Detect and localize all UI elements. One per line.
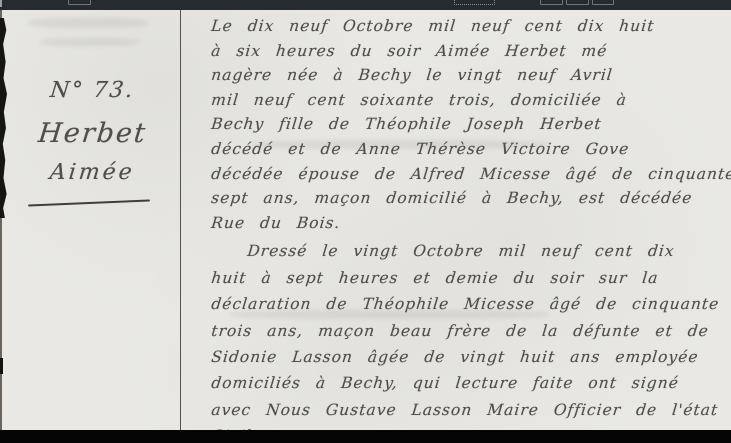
- bottom-letterbox: [0, 430, 731, 443]
- manuscript-line: Sidonie Lasson âgée de vingt huit ans em…: [210, 344, 729, 370]
- toolbar-button[interactable]: [540, 0, 563, 5]
- manuscript-line: mil neuf cent soixante trois, domiciliée…: [210, 88, 729, 113]
- manuscript-line: trois ans, maçon beau frère de la défunt…: [210, 318, 729, 344]
- deceased-given-name: Aimée: [2, 160, 183, 185]
- act-body: Le dix neuf Octobre mil neuf cent dix hu…: [210, 14, 726, 443]
- deceased-surname: Herbet: [2, 118, 183, 149]
- manuscript-line: sept ans, maçon domicilié à Bechy, est d…: [210, 186, 729, 211]
- margin-column: N° 73. Herbet Aimée: [2, 10, 180, 430]
- manuscript-line: nagère née à Bechy le vingt neuf Avril: [210, 63, 729, 88]
- manuscript-line: décédée épouse de Alfred Micesse âgé de …: [210, 162, 729, 187]
- manuscript-line: Le dix neuf Octobre mil neuf cent dix hu…: [210, 14, 729, 39]
- act-paragraph-1: Le dix neuf Octobre mil neuf cent dix hu…: [210, 14, 726, 235]
- toolbar-fragment: [0, 0, 2, 7]
- manuscript-line: avec Nous Gustave Lasson Maire Officier …: [210, 397, 729, 423]
- manuscript-line: domiciliés à Bechy, qui lecture faite on…: [210, 370, 729, 396]
- manuscript-line: Bechy fille de Théophile Joseph Herbet: [210, 112, 729, 137]
- act-number: N° 73.: [2, 78, 183, 103]
- margin-divider-line: [180, 10, 181, 430]
- manuscript-line: huit à sept heures et demie du soir sur …: [210, 265, 729, 291]
- toolbar-button[interactable]: [68, 0, 91, 5]
- toolbar-button[interactable]: [566, 0, 589, 5]
- manuscript-line: à six heures du soir Aimée Herbet mé: [210, 39, 729, 64]
- page-indicator-dotted[interactable]: [454, 0, 495, 5]
- manuscript-line: Rue du Bois.: [210, 211, 729, 236]
- toolbar-button[interactable]: [592, 0, 614, 5]
- manuscript-line: déclaration de Théophile Micesse âgé de …: [210, 291, 729, 317]
- image-viewer: N° 73. Herbet Aimée Le dix neuf Octobre …: [0, 0, 731, 443]
- manuscript-line: décédé et de Anne Thérèse Victoire Gove: [210, 137, 729, 162]
- manuscript-line: Dressé le vingt Octobre mil neuf cent di…: [210, 238, 729, 264]
- viewer-toolbar: [0, 0, 731, 10]
- act-paragraph-2: Dressé le vingt Octobre mil neuf cent di…: [210, 238, 726, 443]
- margin-underline: [28, 199, 150, 206]
